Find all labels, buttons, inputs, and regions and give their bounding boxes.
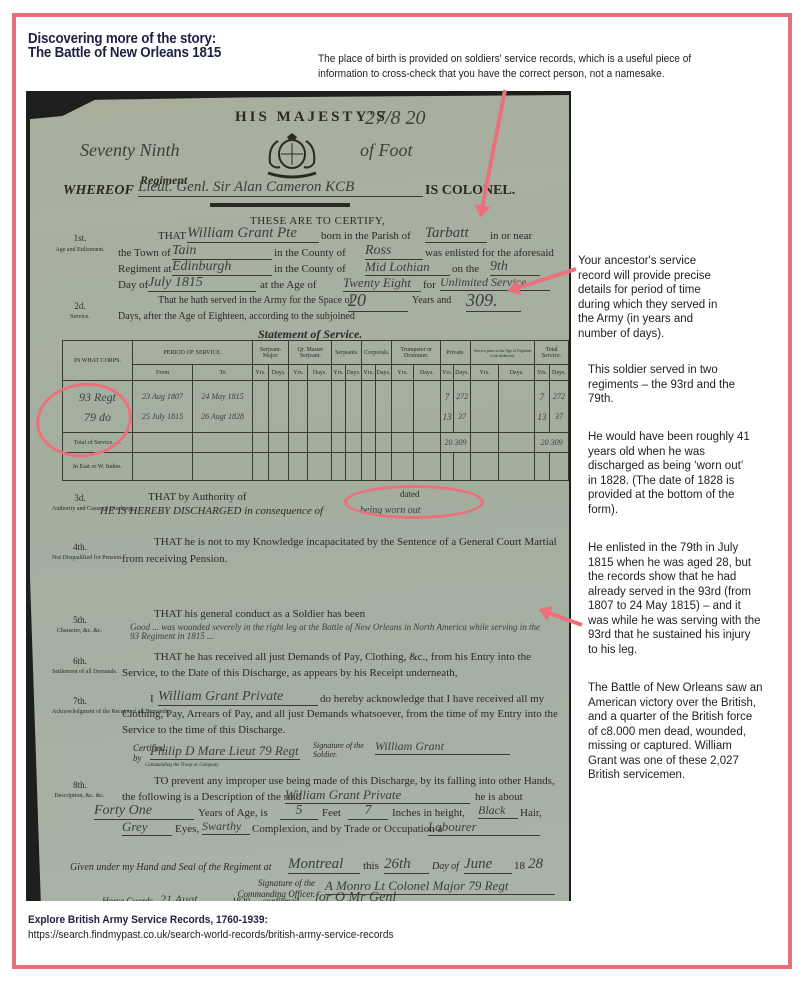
section-7-label: Acknowledgment of the Receipt of all Dem… [52, 709, 107, 715]
birthplace-annotation: The place of birth is provided on soldie… [318, 52, 704, 82]
sec7-i-label: I [150, 693, 154, 705]
yrs-header: Yrs. [332, 365, 345, 381]
section-6-text-1: THAT he has received all just Demands of… [154, 651, 531, 663]
rank-header: Corporals. [362, 341, 392, 365]
days-header: Days. [268, 365, 288, 381]
hair-label: Hair, [520, 807, 542, 819]
section-5-number: 5th. [60, 617, 100, 623]
indies-row: In East or W. Indies. [63, 453, 569, 481]
table-row: 93 Regt79 do 23 Aug 180725 July 1815 24 … [63, 381, 569, 433]
service-period-annotation: Your ancestor's service record will prov… [578, 254, 728, 341]
to-header: To [193, 365, 253, 381]
section-2-label: Service. [55, 314, 105, 320]
complexion-label: Complexion, and by Trade or Occupation a [252, 823, 442, 835]
trade-handwritten: Labourer [428, 819, 540, 836]
for-label: for [423, 279, 436, 291]
total-private-cell: 20 309 [440, 433, 470, 453]
period-header: PERIOD OF SERVICE. [133, 341, 253, 365]
town-label: the Town of [118, 247, 171, 259]
yrs-header: Yrs. [253, 365, 269, 381]
hair-handwritten: Black [478, 803, 518, 819]
sec7-name-handwritten: William Grant Private [158, 689, 318, 706]
section-1-number: 1st. [60, 235, 100, 241]
soldier-signature-handwritten: William Grant [375, 739, 510, 755]
county-2-handwritten: Mid Lothian [365, 259, 450, 276]
county-handwritten: Ross [365, 243, 423, 260]
section-8-text-1: TO prevent any improper use being made o… [154, 775, 555, 787]
from-cell: 23 Aug 180725 July 1815 [133, 381, 193, 433]
yrs-header: Yrs. [440, 365, 453, 381]
private-yrs-cell: 713 [440, 381, 453, 433]
complexion-handwritten: Swarthy [202, 819, 250, 835]
county-label: in the County of [274, 247, 346, 259]
given-month-handwritten: June [464, 856, 512, 874]
certifier-handwritten: Philip D Mare Lieut 79 Regt [150, 743, 300, 760]
feet-handwritten: 5 [280, 803, 318, 820]
total-days-cell: 27237 [549, 381, 568, 433]
section-4-number: 4th. [60, 544, 100, 550]
he-is-about-label: he is about [475, 791, 523, 803]
yrs-header: Yrs. [535, 365, 550, 381]
section-6-label: Settlement of all Demands. [52, 669, 107, 675]
days-header: Days. [413, 365, 440, 381]
inches-label: Inches in height, [392, 807, 465, 819]
enlist-month-handwritten: July 1815 [148, 275, 256, 292]
total-yrs-cell: 713 [535, 381, 550, 433]
day-of-label-2: Day of [432, 861, 459, 872]
regiment-at-label: Regiment at [118, 263, 171, 275]
days-header: Days. [499, 365, 535, 381]
of-foot-handwritten: of Foot [360, 140, 413, 161]
yrs-header: Yrs. [362, 365, 375, 381]
section-8-text-2: the following is a Description of the sa… [122, 791, 301, 803]
in-or-near-label: in or near [490, 230, 532, 242]
given-year-handwritten: 28 [528, 856, 543, 873]
horse-guards-date-handwritten: 21 Augt [160, 892, 230, 901]
age-handwritten: Forty One [94, 803, 194, 820]
days-header: Days. [375, 365, 392, 381]
total-row: Total of Service...... 20 309 20 309 [63, 433, 569, 453]
section-4-label: Not Disqualified for Pension. [52, 555, 107, 561]
soldier-name-handwritten: William Grant Pte [187, 225, 319, 243]
reference-number: 27/8 20 [365, 107, 426, 130]
enlistment-annotation: He enlisted in the 79th in July 1815 whe… [588, 541, 763, 657]
section-3-label: Authority and Cause of Discharge. [52, 506, 107, 512]
enlist-day-handwritten: 9th [490, 259, 540, 276]
inches-handwritten: 7 [348, 803, 388, 820]
whereof-label: WHEREOF [63, 183, 134, 199]
at-age-label: at the Age of [260, 279, 317, 291]
corps-header: IN WHAT CORPS. [63, 341, 133, 381]
age-annotation: He would have been roughly 41 years old … [588, 430, 753, 517]
commanding-troop-label: Commanding the Troop or Company. [145, 763, 219, 768]
years-served-handwritten: 20 [348, 290, 408, 312]
total-service-cell: 20 309 [535, 433, 569, 453]
days-header: Days. [345, 365, 362, 381]
yrs-header: Yrs. [289, 365, 308, 381]
day-of-label: Day of [118, 279, 148, 291]
regiment-name-handwritten: Seventy Ninth [80, 140, 179, 161]
served-text: That he hath served in the Army for the … [158, 295, 353, 306]
title-line-1: Discovering more of the story: [28, 32, 221, 46]
days-after-text: Days, after the Age of Eighteen, accordi… [118, 311, 355, 322]
footer-heading: Explore British Army Service Records, 17… [28, 914, 268, 926]
rank-header: Qr. Master Serjeant. [289, 341, 332, 365]
parish-handwritten: Tarbatt [425, 225, 487, 243]
rank-header: Trumpeter or Drummer. [392, 341, 441, 365]
rank-header: Service prior to the Age of Eighteen to … [471, 341, 535, 365]
horse-guards-label: Horse Guards [102, 896, 153, 901]
section-3-number: 3d. [60, 495, 100, 501]
authority-label: THAT by Authority of [148, 491, 247, 503]
days-header: Days. [549, 365, 568, 381]
records-link[interactable]: https://search.findmypast.co.uk/search-w… [28, 929, 394, 941]
confirmed-label: , confirmed [258, 896, 299, 901]
private-days-cell: 27237 [454, 381, 471, 433]
rank-header: Private. [440, 341, 470, 365]
eyes-label: Eyes, [175, 823, 199, 835]
section-7-number: 7th. [60, 698, 100, 704]
battle-annotation: The Battle of New Orleans saw an America… [588, 681, 763, 783]
given-place-handwritten: Montreal [288, 856, 360, 874]
soldier-signature-label: Signature of the Soldier. [313, 741, 368, 759]
to-cell: 24 May 181526 Augt 1828 [193, 381, 253, 433]
conduct-handwritten: Good ... was wounded severely in the rig… [130, 623, 550, 641]
section-7-text-1: do hereby acknowledge that I have receiv… [320, 693, 544, 705]
enlistment-place-handwritten: Edinburgh [172, 259, 272, 276]
year-prefix-label: 18 [514, 860, 525, 872]
section-8-label: Description, &c. &c. [52, 793, 107, 799]
given-under-label: Given under my Hand and Seal of the Regi… [70, 862, 271, 873]
royal-crest-icon [250, 129, 335, 179]
horse-guards-year: 1820 [232, 896, 250, 901]
rank-header: Serjeants. [332, 341, 362, 365]
born-parish-label: born in the Parish of [321, 230, 411, 242]
this-label: this [363, 860, 379, 872]
is-colonel-label: IS COLONEL. [425, 183, 515, 199]
page-title: Discovering more of the story: The Battl… [28, 32, 221, 60]
town-handwritten: Tain [172, 243, 272, 260]
confirmed-signature-handwritten: for Q Mr Genl [315, 890, 535, 901]
yrs-header: Yrs. [471, 365, 499, 381]
feet-label: Feet [322, 807, 341, 819]
enlisted-label: was enlisted for the aforesaid [425, 247, 554, 259]
that-label: THAT [158, 230, 186, 242]
section-4-text-1: THAT he is not to my Knowledge incapacit… [154, 536, 557, 548]
given-day-handwritten: 26th [384, 856, 429, 874]
sec8-name-handwritten: William Grant Private [285, 787, 470, 804]
section-7-text-3: Service to the time of this Discharge. [122, 724, 285, 736]
years-of-age-label: Years of Age, is [198, 807, 268, 819]
eyes-handwritten: Grey [122, 819, 172, 836]
days-header: Days. [308, 365, 332, 381]
from-header: From [133, 365, 193, 381]
on-the-label: on the [452, 263, 479, 275]
colonel-name-handwritten: Lieut. Genl. Sir Alan Cameron KCB [138, 179, 423, 197]
section-8-number: 8th. [60, 782, 100, 788]
rank-header: Total Service. [535, 341, 569, 365]
section-6-number: 6th. [60, 658, 100, 664]
yrs-header: Yrs. [392, 365, 413, 381]
divider-rule [210, 203, 350, 207]
section-5-label: Character, &c. &c. [52, 628, 107, 634]
rank-header: Serjeant-Major. [253, 341, 289, 365]
days-header: Days. [454, 365, 471, 381]
section-1-label: Age and Enlistment. [55, 247, 105, 253]
county-label-2: in the County of [274, 263, 346, 275]
section-4-text-2: from receiving Pension. [122, 553, 227, 565]
discharged-text: HE IS HEREBY DISCHARGED in consequence o… [100, 505, 323, 517]
section-7-text-2: Clothing, Pay, Arrears of Pay, and all j… [122, 708, 558, 720]
discharge-reason-highlight-circle [344, 485, 484, 519]
years-and-label: Years and [412, 295, 451, 306]
title-line-2: The Battle of New Orleans 1815 [28, 46, 221, 60]
statement-of-service-table: IN WHAT CORPS. PERIOD OF SERVICE. Serjea… [62, 340, 569, 481]
section-6-text-2: Service, to the Date of this Discharge, … [122, 667, 458, 679]
regiments-annotation: This soldier served in two regiments – t… [588, 363, 753, 407]
section-2-number: 2d. [60, 303, 100, 309]
section-5-text: THAT his general conduct as a Soldier ha… [154, 608, 365, 620]
